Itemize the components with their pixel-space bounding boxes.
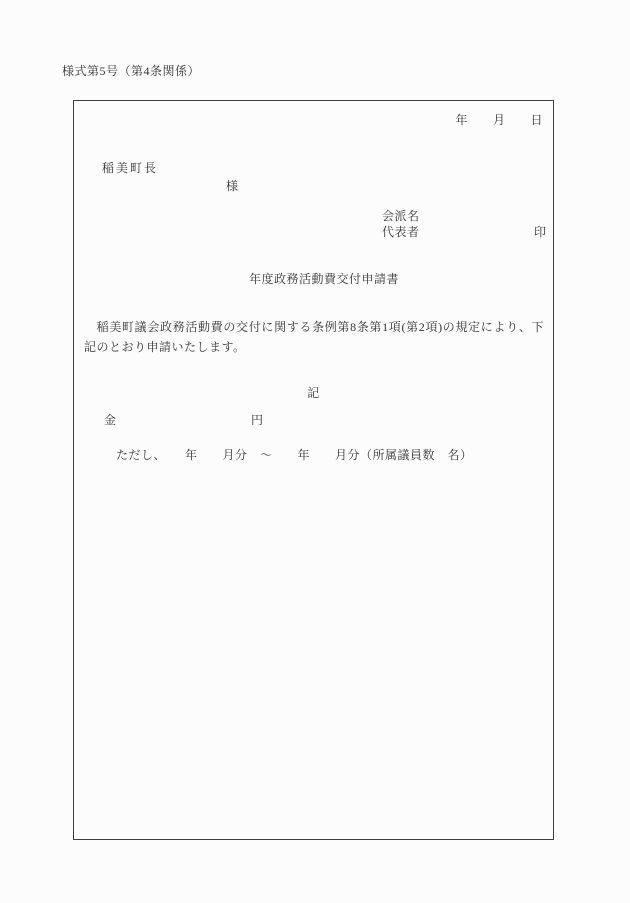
representative-label: 代表者 xyxy=(382,223,420,240)
body-paragraph-line2: 記のとおり申請いたします。 xyxy=(84,337,544,357)
application-form-box: 年 月 日 稲美町長 様 会派名 代表者 印 年度政務活動費交付申請書 稲美町議… xyxy=(73,100,554,840)
form-number-label: 様式第5号（第4条関係） xyxy=(62,62,200,79)
document-page: 様式第5号（第4条関係） 年 月 日 稲美町長 様 会派名 代表者 印 年度政務… xyxy=(0,0,630,903)
note-heading: 記 xyxy=(74,384,553,401)
addressee-label: 稲美町長 xyxy=(102,159,158,176)
document-title: 年度政務活動費交付申請書 xyxy=(249,270,399,287)
amount-prefix-label: 金 xyxy=(104,411,117,428)
seal-mark: 印 xyxy=(534,223,547,240)
period-line: ただし、 年 月分 ～ 年 月分（所属議員数 名） xyxy=(116,446,473,463)
body-paragraph: 稲美町議会政務活動費の交付に関する条例第8条第1項(第2項)の規定により、下 記… xyxy=(84,317,544,357)
date-line: 年 月 日 xyxy=(455,111,543,128)
group-name-label: 会派名 xyxy=(382,207,420,224)
body-paragraph-line1: 稲美町議会政務活動費の交付に関する条例第8条第1項(第2項)の規定により、下 xyxy=(84,317,544,337)
amount-unit-label: 円 xyxy=(251,411,264,428)
honorific-label: 様 xyxy=(226,177,239,194)
